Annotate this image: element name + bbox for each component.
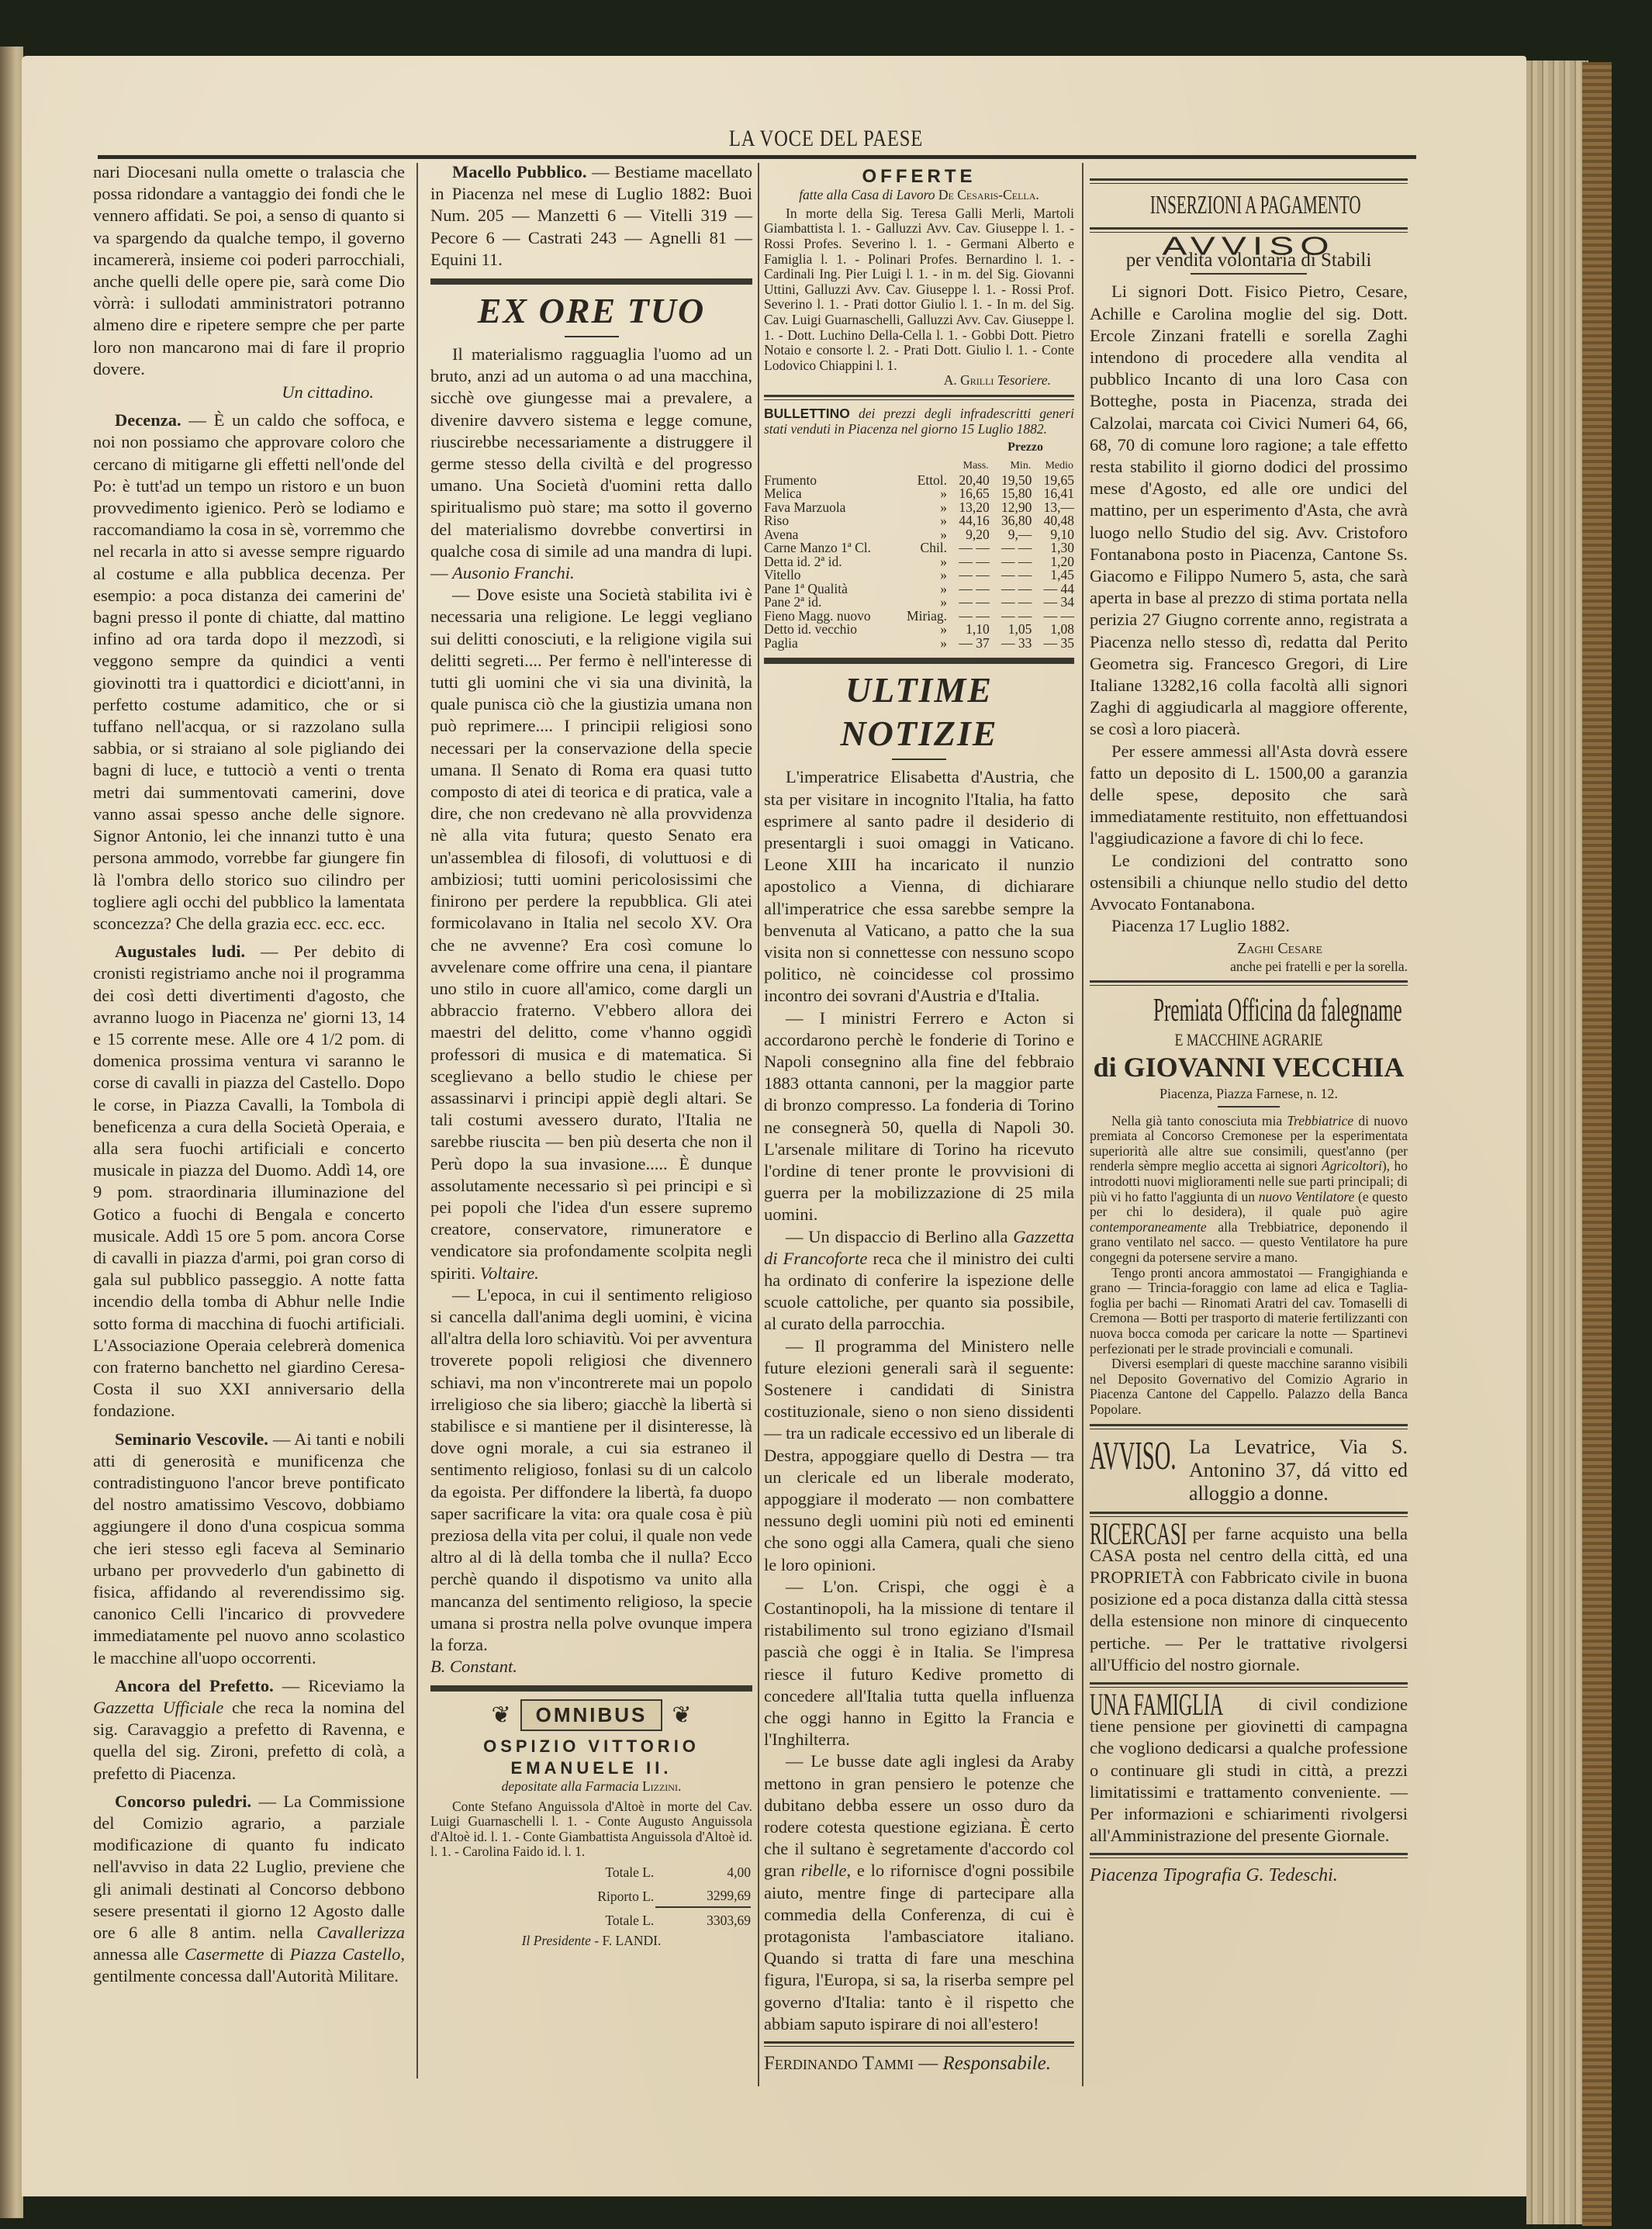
ad-text-italic: nuovo Ventilatore — [1259, 1189, 1355, 1204]
famiglia-ad: UNA FAMIGLIA di civil condizione tiene p… — [1090, 1694, 1408, 1847]
masthead: LA VOCE DEL PAESE — [149, 126, 1504, 152]
totals-table: Totale L.4,00 Riporto L.3299,69 Totale L… — [430, 1860, 752, 1934]
totals-row: Riporto L.3299,69 — [432, 1885, 751, 1908]
totals-label: Totale L. — [432, 1861, 654, 1883]
responsible-editor: Ferdinando Tammi — Responsabile. — [764, 2053, 1074, 2075]
price-avg: — 35 — [1032, 637, 1074, 651]
quote-text: — L'epoca, in cui il sentimento religios… — [430, 1285, 752, 1654]
avviso-signature-note: anche pei fratelli e per la sorella. — [1090, 959, 1408, 975]
officina-text: Diversi esemplari di queste macchine sar… — [1090, 1356, 1408, 1417]
article-text: — La Commissione del Comizio agrario, a … — [93, 1792, 405, 1942]
institution-name: De Cesaris-Cella. — [938, 187, 1039, 202]
avviso-text: Per essere ammessi all'Asta dovrà essere… — [1090, 741, 1408, 850]
ad-label: RICERCASI — [1090, 1523, 1146, 1545]
column-divider — [758, 163, 759, 2086]
section-rule — [430, 278, 752, 285]
ad-text-italic: Agricoltori — [1322, 1158, 1382, 1173]
avviso-text: Li signori Dott. Fisico Pietro, Cesare, … — [1090, 281, 1408, 740]
avviso-date: Piacenza 17 Luglio 1882. — [1090, 915, 1408, 937]
signature-name: - F. LANDI. — [594, 1933, 661, 1948]
book-fore-edge — [1526, 60, 1588, 2224]
article-heading: Decenza. — [115, 410, 181, 430]
quote-franchi: Il materialismo ragguaglia l'uomo ad un … — [430, 344, 752, 584]
news-text: , e lo rifornisce d'ogni possibile aiuto… — [764, 1861, 1074, 2033]
bulletin-label: BULLETTINO — [764, 406, 850, 421]
article-text-italic: Piazza Castello — [290, 1944, 401, 1964]
price-header-row: Mass. Min. Medio — [764, 458, 1074, 474]
quote-constant: — L'epoca, in cui il sentimento religios… — [430, 1284, 752, 1656]
officina-owner: di GIOVANNI VECCHIA — [1090, 1052, 1408, 1083]
officina-address: Piacenza, Piazza Farnese, n. 12. — [1090, 1083, 1408, 1104]
subtitle-text: depositate alla Farmacia — [502, 1778, 639, 1794]
price-row: Paglia»— 37— 33— 35 — [764, 637, 1074, 651]
quote-voltaire: — Dove esiste una Società stabilita ivi … — [430, 584, 752, 1284]
title-underline — [1218, 1106, 1280, 1108]
price-table: Mass. Min. Medio FrumentoEttol.20,4019,5… — [764, 458, 1074, 650]
quote-text: — Dove esiste una Società stabilita ivi … — [430, 585, 752, 1282]
col-header-empty — [893, 458, 947, 474]
offerte-body: In morte della Sig. Teresa Galli Merli, … — [764, 206, 1074, 374]
masthead-rule — [98, 155, 1416, 159]
article-text: nari Diocesani nulla omette o tralascia … — [93, 161, 405, 380]
article-heading: Concorso puledri. — [115, 1792, 251, 1811]
news-item: — Il programma del Ministero nelle futur… — [764, 1336, 1074, 1576]
ospizio-donations: Conte Stefano Anguissola d'Altoè in mort… — [430, 1799, 752, 1860]
signature-name: A. Grilli — [944, 372, 994, 388]
ornament-scroll-icon: ❦ — [672, 1704, 691, 1727]
totals-label: Totale L. — [432, 1909, 654, 1931]
article-puledri: Concorso puledri. — La Commissione del C… — [93, 1791, 405, 1988]
quote-author: Ausonio Franchi. — [452, 563, 575, 582]
editor-role: Responsabile. — [942, 2053, 1051, 2074]
column-divider — [1082, 163, 1083, 2086]
pharmacy-name: Lizzini. — [642, 1778, 681, 1794]
article-text-italic: Casermette — [185, 1944, 264, 1964]
news-item: — Le busse date agli inglesi da Araby me… — [764, 1750, 1074, 2035]
omnibus-label: OMNIBUS — [520, 1699, 663, 1730]
article-text-italic: Gazzetta Ufficiale — [93, 1698, 223, 1717]
quote-author: B. Constant. — [430, 1656, 752, 1678]
price-unit: Chil. — [893, 541, 947, 555]
news-text-italic: ribelle — [801, 1861, 847, 1880]
totals-row: Totale L.4,00 — [432, 1861, 751, 1883]
bulletin-header: BULLETTINO dei prezzi degli infradescrit… — [764, 406, 1074, 437]
totals-row: Totale L.3303,69 — [432, 1909, 751, 1931]
price-unit: » — [893, 637, 947, 651]
price-unit: » — [893, 568, 947, 582]
column-3: OFFERTE fatte alla Casa di Lavoro De Ces… — [764, 161, 1074, 2075]
printer-imprint: Piacenza Tipografia G. Tedeschi. — [1090, 1864, 1408, 1886]
news-item: — L'on. Crispi, che oggi è a Costantinop… — [764, 1576, 1074, 1751]
news-text: — Un dispaccio di Berlino alla — [786, 1227, 1013, 1246]
col-header-empty — [764, 458, 893, 474]
price-unit: » — [893, 501, 947, 515]
left-page-edge — [0, 47, 23, 2218]
article-text-italic: Cavallerizza — [316, 1923, 405, 1942]
officina-title: Premiata Officina da falegname — [1153, 992, 1344, 1029]
section-rule — [1090, 178, 1408, 184]
officina-subtitle: E MACCHINE AGRARIE — [1121, 1029, 1376, 1051]
price-unit: » — [893, 487, 947, 501]
avviso-title: AVVISO — [1090, 239, 1408, 254]
section-rule — [1090, 1424, 1408, 1429]
title-underline — [1191, 273, 1307, 275]
avviso-text: Le condizioni del contratto sono ostensi… — [1090, 850, 1408, 916]
article-text: — Riceviamo la — [282, 1676, 405, 1695]
officina-text: Tengo pronti ancora ammostatoi — Frangig… — [1090, 1266, 1408, 1357]
section-rule — [764, 2041, 1074, 2047]
avviso-signature: Zaghi Cesare — [1090, 938, 1408, 959]
quote-text: Il materialismo ragguaglia l'uomo ad un … — [430, 344, 752, 582]
section-rule — [1090, 980, 1408, 986]
col-header-min: Min. — [990, 458, 1032, 474]
column-divider — [416, 163, 418, 2079]
price-table-body: FrumentoEttol.20,4019,5019,65Melica»16,6… — [764, 474, 1074, 651]
ad-text: La Levatrice, Via S. Antonino 37, dá vit… — [1189, 1436, 1408, 1505]
title-underline — [565, 336, 619, 337]
article-heading: Ancora del Prefetto. — [115, 1676, 274, 1695]
president-signature: Il Presidente - F. LANDI. — [430, 1934, 752, 1949]
price-unit: Ettol. — [893, 474, 947, 488]
section-rule — [430, 1685, 752, 1692]
book-cover-edge — [1582, 62, 1612, 2226]
article-heading: Augustales ludi. — [115, 942, 245, 961]
totals-value: 3299,69 — [655, 1885, 751, 1908]
price-min: — 33 — [990, 637, 1032, 651]
column-1: nari Diocesani nulla omette o tralascia … — [93, 161, 405, 1988]
ospizio-subtitle: depositate alla Farmacia Lizzini. — [430, 1779, 752, 1795]
levatrice-ad: AVVISO. La Levatrice, Via S. Antonino 37… — [1090, 1436, 1408, 1505]
article-heading: Macello Pubblico. — [452, 162, 586, 181]
article-seminario: Seminario Vescovile. — Ai tanti e nobili… — [93, 1429, 405, 1669]
signature-role: Il Presidente — [522, 1933, 591, 1948]
price-max: — 37 — [947, 637, 990, 651]
totals-value: 4,00 — [655, 1861, 751, 1883]
article-text: di — [264, 1944, 290, 1964]
column-2: Macello Pubblico. — Bestiame macellato i… — [430, 161, 752, 1948]
ornament-scroll-icon: ❦ — [491, 1704, 510, 1727]
quote-author: Voltaire. — [480, 1263, 539, 1283]
section-rule — [764, 658, 1074, 664]
paid-inserts-title: INSERZIONI A PAGAMENTO — [1150, 190, 1347, 221]
dash: — — [918, 2053, 938, 2074]
article-augustales: Augustales ludi. — Per debito di cronist… — [93, 941, 405, 1422]
offerte-title: OFFERTE — [764, 166, 1074, 188]
ad-text: Nella già tanto conosciuta mia — [1111, 1113, 1287, 1128]
signature: Un cittadino. — [93, 382, 405, 403]
ad-text-italic: contemporaneamente — [1090, 1219, 1207, 1235]
price-unit: » — [893, 555, 947, 569]
ospizio-title: OSPIZIO VITTORIO EMANUELE II. — [430, 1736, 752, 1779]
section-title-ultime-notizie: ULTIME NOTIZIE — [764, 669, 1074, 755]
offerte-signature: A. Grilli Tesoriere. — [764, 373, 1074, 389]
editor-name: Ferdinando Tammi — [764, 2053, 914, 2074]
title-underline — [892, 759, 946, 760]
column-4: INSERZIONI A PAGAMENTO AVVISO per vendit… — [1090, 161, 1408, 1887]
price-label: Prezzo — [764, 437, 1074, 458]
price-unit: » — [893, 514, 947, 528]
omnibus-banner: ❦ OMNIBUS ❦ — [430, 1699, 752, 1730]
offerte-subtitle: fatte alla Casa di Lavoro De Cesaris-Cel… — [764, 188, 1074, 203]
price-unit: » — [893, 582, 947, 596]
article-text: — È un caldo che soffoca, e noi non poss… — [93, 410, 405, 933]
ad-label: AVVISO. — [1090, 1436, 1141, 1477]
subtitle-text: fatte alla Casa di Lavoro — [799, 187, 935, 202]
totals-label: Riporto L. — [432, 1885, 654, 1908]
officina-text: Nella già tanto conosciuta mia Trebbiatr… — [1090, 1114, 1408, 1266]
ad-text-italic: Trebbiatrice — [1287, 1113, 1353, 1128]
section-title-ex-ore-tuo: EX ORE TUO — [430, 289, 752, 333]
article-text: — Per debito di cronisti registriamo anc… — [93, 942, 405, 1420]
col-header-avg: Medio — [1032, 458, 1074, 474]
totals-value: 3303,69 — [655, 1909, 751, 1931]
article-prefetto: Ancora del Prefetto. — Riceviamo la Gazz… — [93, 1675, 405, 1785]
section-rule — [1090, 1853, 1408, 1858]
article-text: — Ai tanti e nobili atti di generosità e… — [93, 1429, 405, 1667]
article-macello: Macello Pubblico. — Bestiame macellato i… — [430, 161, 752, 271]
news-item: — I ministri Ferrero e Acton si accordar… — [764, 1007, 1074, 1226]
section-rule — [764, 395, 1074, 400]
ricercasi-ad: RICERCASI per farne acquisto una bella C… — [1090, 1523, 1408, 1676]
article-heading: Seminario Vescovile. — [115, 1429, 268, 1449]
price-unit: Miriag. — [893, 610, 947, 624]
col-header-max: Mass. — [947, 458, 990, 474]
news-item: L'imperatrice Elisabetta d'Austria, che … — [764, 766, 1074, 1007]
ad-label: UNA FAMIGLIA — [1090, 1694, 1183, 1716]
signature-role: Tesoriere. — [997, 372, 1051, 388]
article-decenza: Decenza. — È un caldo che soffoca, e noi… — [93, 410, 405, 935]
news-item: — Un dispaccio di Berlino alla Gazzetta … — [764, 1226, 1074, 1336]
article-text: annessa alle — [93, 1944, 185, 1964]
price-unit: » — [893, 623, 947, 637]
price-item: Paglia — [764, 637, 893, 651]
